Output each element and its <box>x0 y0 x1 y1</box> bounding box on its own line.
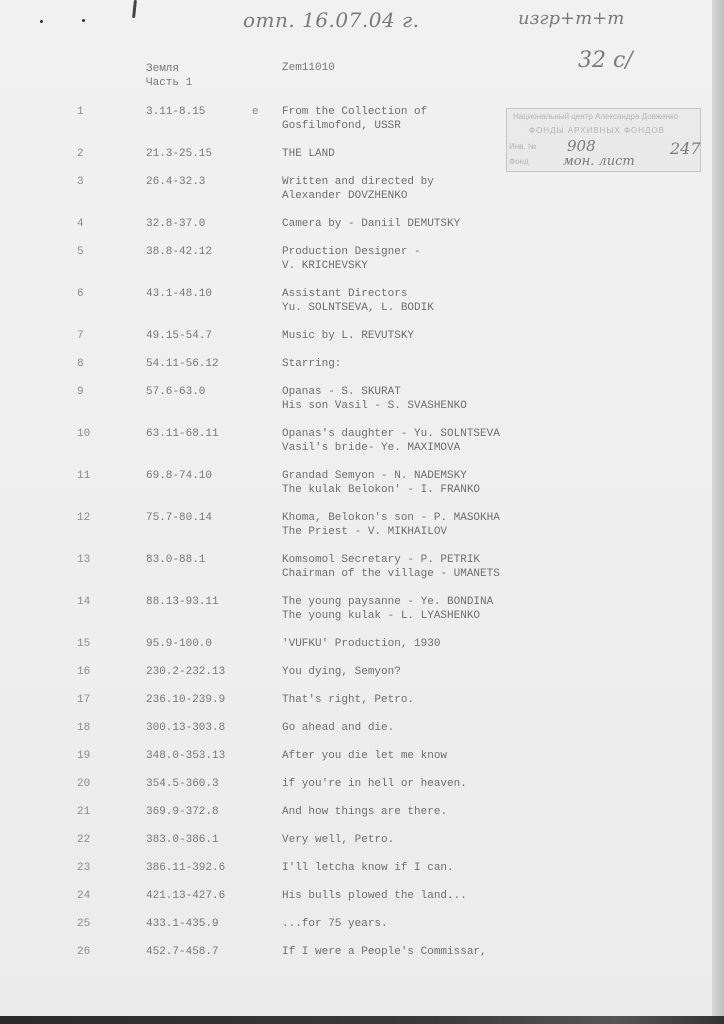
entry-text: That's right, Petro. <box>282 693 414 707</box>
archive-stamp: Национальный центр Александра Довженко Ф… <box>506 108 701 172</box>
entry-text-line: if you're in hell or heaven. <box>282 777 467 791</box>
entry-number: 11 <box>77 469 90 483</box>
entry-timecode: 236.10-239.9 <box>146 693 225 707</box>
entry-text-line: The young kulak - L. LYASHENKO <box>282 609 493 623</box>
film-part: Часть 1 <box>146 76 192 90</box>
entry-number: 2 <box>77 147 84 161</box>
entry-text: The young paysanne - Ye. BONDINAThe youn… <box>282 595 493 623</box>
entry-text-line: Khoma, Belokon's son - P. MASOKHA <box>282 511 500 525</box>
document-header: Земля Часть 1 <box>146 62 192 90</box>
film-title: Земля <box>146 62 192 76</box>
page-edge-shadow <box>712 0 724 1016</box>
entry-text: Khoma, Belokon's son - P. MASOKHAThe Pri… <box>282 511 500 539</box>
entry-timecode: 369.9-372.8 <box>146 805 219 819</box>
entry-text-line: Grandad Semyon - N. NADEMSKY <box>282 469 480 483</box>
entry-number: 7 <box>77 329 84 343</box>
entry-timecode: 75.7-80.14 <box>146 511 212 525</box>
entry-text: Very well, Petro. <box>282 833 394 847</box>
entry-text-line: That's right, Petro. <box>282 693 414 707</box>
entry-text-line: Komsomol Secretary - P. PETRIK <box>282 553 500 567</box>
entry-text-line: His son Vasil - S. SVASHENKO <box>282 399 467 413</box>
handwritten-date-note: отп. 16.07.04 г. <box>243 8 420 32</box>
entry-timecode: 21.3-25.15 <box>146 147 212 161</box>
entry-timecode: 32.8-37.0 <box>146 217 205 231</box>
entry-timecode: 26.4-32.3 <box>146 175 205 189</box>
entry-text: I'll letcha know if I can. <box>282 861 454 875</box>
entry-text: After you die let me know <box>282 749 447 763</box>
stamp-line-1: Национальный центр Александра Довженко <box>513 112 678 121</box>
entry-timecode: 300.13-303.8 <box>146 721 225 735</box>
scanner-bottom-band <box>0 1016 724 1024</box>
entry-text-line: From the Collection of <box>282 105 427 119</box>
entry-text-line: V. KRICHEVSKY <box>282 259 421 273</box>
entry-number: 23 <box>77 861 90 875</box>
entry-number: 1 <box>77 105 84 119</box>
entry-number: 21 <box>77 805 90 819</box>
entry-text: Camera by - Daniil DEMUTSKY <box>282 217 460 231</box>
entry-text: You dying, Semyon? <box>282 665 401 679</box>
entry-number: 8 <box>77 357 84 371</box>
entry-text: And how things are there. <box>282 805 447 819</box>
entry-text: THE LAND <box>282 147 335 161</box>
entry-timecode: 54.11-56.12 <box>146 357 219 371</box>
entry-timecode: 69.8-74.10 <box>146 469 212 483</box>
entry-number: 4 <box>77 217 84 231</box>
entry-timecode: 433.1-435.9 <box>146 917 219 931</box>
entry-text-line: Written and directed by <box>282 175 434 189</box>
entry-text: Go ahead and die. <box>282 721 394 735</box>
scan-speck <box>82 19 85 22</box>
film-code: Zem11010 <box>282 62 335 74</box>
entry-number: 17 <box>77 693 90 707</box>
entry-text-line: If I were a People's Commissar, <box>282 945 487 959</box>
entry-number: 3 <box>77 175 84 189</box>
entry-text-line: Opanas - S. SKURAT <box>282 385 467 399</box>
handwritten-top-right-note: изгр+т+т <box>518 8 624 29</box>
entry-timecode: 83.0-88.1 <box>146 553 205 567</box>
entry-text: From the Collection ofGosfilmofond, USSR <box>282 105 427 133</box>
entry-text: Assistant DirectorsYu. SOLNTSEVA, L. BOD… <box>282 287 434 315</box>
entry-timecode: 3.11-8.15 <box>146 105 205 119</box>
entry-number: 10 <box>77 427 90 441</box>
stamp-line-2: ФОНДЫ АРХИВНЫХ ФОНДОВ <box>529 126 665 135</box>
entry-timecode: 43.1-48.10 <box>146 287 212 301</box>
entry-number: 26 <box>77 945 90 959</box>
entry-timecode: 386.11-392.6 <box>146 861 225 875</box>
entry-text-line: Yu. SOLNTSEVA, L. BODIK <box>282 301 434 315</box>
stamp-number: 247 <box>670 139 701 158</box>
entry-text-line: Go ahead and die. <box>282 721 394 735</box>
entry-timecode: 421.13-427.6 <box>146 889 225 903</box>
entry-timecode: 63.11-68.11 <box>146 427 219 441</box>
entry-flag: e <box>252 105 259 119</box>
entry-number: 18 <box>77 721 90 735</box>
entry-text-line: Chairman of the village - UMANETS <box>282 567 500 581</box>
entry-text-line: Opanas's daughter - Yu. SOLNTSEVA <box>282 427 500 441</box>
entry-timecode: 88.13-93.11 <box>146 595 219 609</box>
stamp-inventory-value: 908 <box>567 137 596 155</box>
entry-timecode: 348.0-353.13 <box>146 749 225 763</box>
entry-number: 19 <box>77 749 90 763</box>
entry-text-line: And how things are there. <box>282 805 447 819</box>
entry-timecode: 95.9-100.0 <box>146 637 212 651</box>
pen-mark <box>132 0 137 18</box>
entry-timecode: 354.5-360.3 <box>146 777 219 791</box>
entry-text-line: The kulak Belokon' - I. FRANKO <box>282 483 480 497</box>
entry-text-line: Production Designer - <box>282 245 421 259</box>
entry-text: Music by L. REVUTSKY <box>282 329 414 343</box>
entry-text: ...for 75 years. <box>282 917 388 931</box>
entry-text: Production Designer -V. KRICHEVSKY <box>282 245 421 273</box>
entry-text: His bulls plowed the land... <box>282 889 467 903</box>
entry-timecode: 452.7-458.7 <box>146 945 219 959</box>
entry-text: Starring: <box>282 357 341 371</box>
entry-timecode: 49.15-54.7 <box>146 329 212 343</box>
document-page: отп. 16.07.04 г. изгр+т+т 32 с/ Национал… <box>0 0 712 1016</box>
entry-text-line: You dying, Semyon? <box>282 665 401 679</box>
entry-number: 16 <box>77 665 90 679</box>
entry-number: 12 <box>77 511 90 525</box>
entry-text: Komsomol Secretary - P. PETRIKChairman o… <box>282 553 500 581</box>
entry-text: 'VUFKU' Production, 1930 <box>282 637 440 651</box>
entry-text-line: The Priest - V. MIKHAILOV <box>282 525 500 539</box>
entry-number: 15 <box>77 637 90 651</box>
entry-text: Written and directed byAlexander DOVZHEN… <box>282 175 434 203</box>
entry-number: 25 <box>77 917 90 931</box>
entry-text-line: Camera by - Daniil DEMUTSKY <box>282 217 460 231</box>
entry-number: 6 <box>77 287 84 301</box>
stamp-inventory-label: Инв. № <box>509 142 536 151</box>
entry-text-line: Gosfilmofond, USSR <box>282 119 427 133</box>
entry-text-line: THE LAND <box>282 147 335 161</box>
entry-number: 13 <box>77 553 90 567</box>
entry-number: 14 <box>77 595 90 609</box>
entry-text-line: Alexander DOVZHENKO <box>282 189 434 203</box>
entry-timecode: 230.2-232.13 <box>146 665 225 679</box>
entry-text-line: Vasil's bride- Ye. MAXIMOVA <box>282 441 500 455</box>
entry-timecode: 57.6-63.0 <box>146 385 205 399</box>
entry-text: if you're in hell or heaven. <box>282 777 467 791</box>
entry-text: Opanas's daughter - Yu. SOLNTSEVAVasil's… <box>282 427 500 455</box>
entry-number: 5 <box>77 245 84 259</box>
entry-text-line: Music by L. REVUTSKY <box>282 329 414 343</box>
entry-text-line: ...for 75 years. <box>282 917 388 931</box>
entry-text-line: 'VUFKU' Production, 1930 <box>282 637 440 651</box>
entry-number: 22 <box>77 833 90 847</box>
entry-timecode: 38.8-42.12 <box>146 245 212 259</box>
entry-text-line: After you die let me know <box>282 749 447 763</box>
stamp-fond-value: мон. лист <box>563 154 635 169</box>
entry-text-line: The young paysanne - Ye. BONDINA <box>282 595 493 609</box>
entry-text: If I were a People's Commissar, <box>282 945 487 959</box>
entry-text-line: Very well, Petro. <box>282 833 394 847</box>
scan-speck <box>40 20 43 23</box>
entry-text-line: Starring: <box>282 357 341 371</box>
entry-text-line: His bulls plowed the land... <box>282 889 467 903</box>
entry-number: 20 <box>77 777 90 791</box>
handwritten-count-note: 32 с/ <box>578 48 633 73</box>
stamp-fond-label: Фонд <box>509 157 529 166</box>
entry-number: 9 <box>77 385 84 399</box>
entry-text-line: I'll letcha know if I can. <box>282 861 454 875</box>
entry-timecode: 383.0-386.1 <box>146 833 219 847</box>
entry-number: 24 <box>77 889 90 903</box>
entry-text: Grandad Semyon - N. NADEMSKYThe kulak Be… <box>282 469 480 497</box>
entry-text-line: Assistant Directors <box>282 287 434 301</box>
entry-text: Opanas - S. SKURATHis son Vasil - S. SVA… <box>282 385 467 413</box>
